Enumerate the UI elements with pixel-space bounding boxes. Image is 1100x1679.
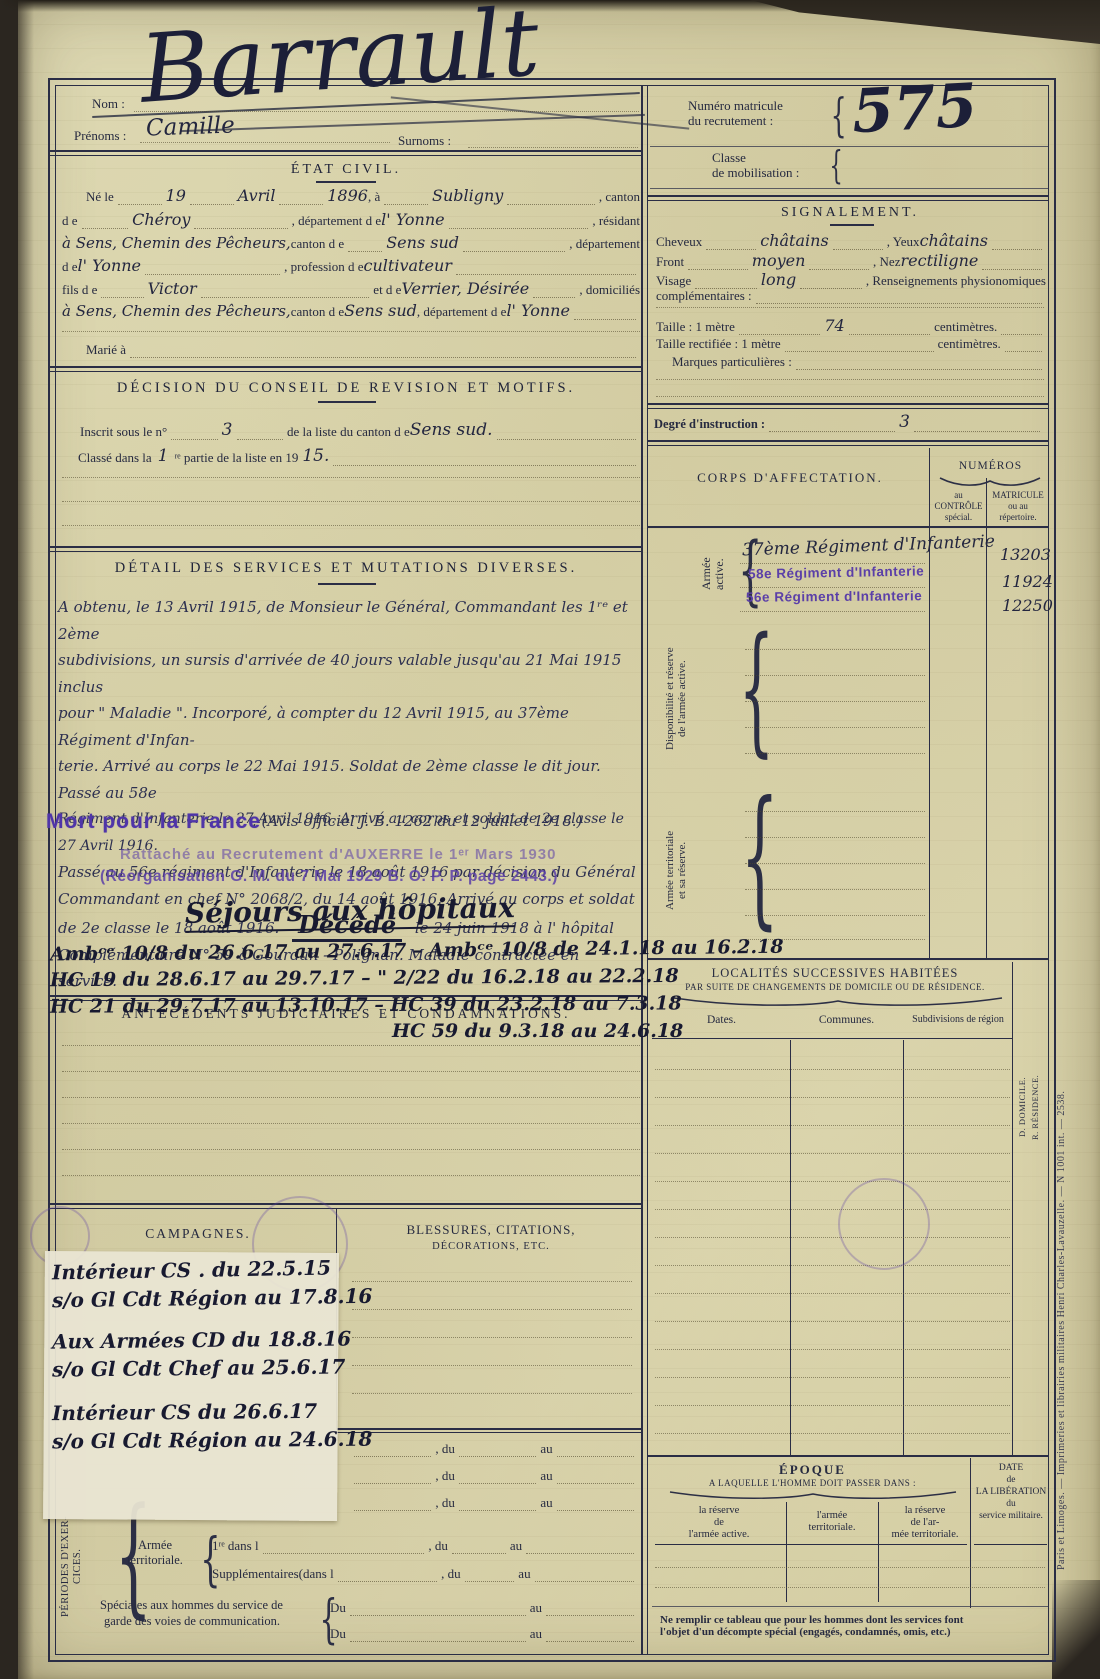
territoriale-row-2: Supplémentaires (dans l , du au — [212, 1566, 638, 1582]
renseignements-label: , Renseignements physionomiques — [866, 273, 1046, 289]
section-divider — [648, 440, 1049, 446]
dotted-leader — [557, 1482, 634, 1484]
de-label: d e — [62, 213, 78, 229]
blank-rule — [62, 1122, 640, 1124]
section-divider — [648, 195, 1049, 201]
note-line2: l'objet d'un décompte spécial (engagés, … — [660, 1626, 1046, 1638]
yeux-label: , Yeux — [887, 234, 920, 250]
etat-civil-title: ÉTAT CIVIL. — [60, 162, 632, 178]
nom-label: Nom : — [92, 96, 125, 112]
dotted-leader — [456, 273, 636, 275]
section-divider — [648, 403, 1049, 409]
visage-label: Visage — [656, 273, 691, 289]
etat-civil-row2: d e Chéroy , département d e l' Yonne , … — [62, 210, 640, 229]
blank-rule — [655, 1348, 1010, 1350]
corps-affectation-title: CORPS D'AFFECTATION. — [650, 470, 930, 486]
matricule-2: 11924 — [1002, 572, 1053, 591]
blank-rule — [655, 1180, 1010, 1182]
section-divider — [50, 150, 642, 156]
dotted-leader — [350, 1640, 526, 1642]
hopitaux-line-2: HC 19 du 28.6.17 au 29.7.17 – " 2/22 du … — [50, 965, 710, 992]
territoriale-row-1: 1ʳᵉ dans l , du au — [212, 1538, 638, 1554]
dotted-leader — [463, 250, 565, 252]
dotted-leader — [833, 248, 883, 250]
note-line1: Ne remplir ce tableau que pour les homme… — [660, 1614, 1046, 1626]
taille-rectifiee-label: Taille rectifiée : 1 mètre — [656, 336, 781, 352]
au-label: au — [540, 1495, 552, 1511]
hopitaux-line-3: HC 21 du 29.7.17 au 13.10.17 – HC 39 du … — [50, 992, 710, 1017]
blank-rule — [656, 395, 1044, 397]
campagne-entry3-line2: s/o Gl Cdt Région au 24.6.18 — [52, 1427, 373, 1454]
residence-value: à Sens, Chemin des Pêcheurs, — [62, 234, 291, 252]
numero-matricule-label: Numéro matricule du recrutement : — [688, 98, 783, 128]
dotted-leader — [574, 318, 636, 320]
campagne-entry3-line1: Intérieur CS du 26.6.17 — [52, 1399, 317, 1425]
matricule-3: 12250 — [1002, 596, 1053, 615]
matricule-row-line — [650, 146, 1048, 147]
ne-le-label: Né le — [86, 189, 114, 205]
date-liberation-header: DATE de LA LIBÉRATION du service militai… — [972, 1462, 1050, 1522]
dotted-leader — [449, 227, 589, 229]
marques-row: Marques particulières : — [672, 354, 1046, 370]
dotted-leader — [384, 203, 428, 205]
etat-civil-row1: Né le 19 Avril 1896 , à Subligny , canto… — [86, 186, 640, 205]
blank-rule — [655, 1566, 1045, 1568]
localites-header-rule — [652, 1038, 1012, 1039]
blank-rule — [745, 914, 925, 916]
decision-title: DÉCISION DU CONSEIL DE REVISION ET MOTIF… — [60, 380, 632, 397]
blank-rule — [62, 1148, 640, 1150]
marie-label: Marié à — [86, 342, 126, 358]
au-label: au — [530, 1600, 542, 1616]
birth-year: 1896 — [327, 186, 368, 205]
blank-rule — [655, 1404, 1010, 1406]
dotted-leader — [333, 464, 636, 466]
epoque-subtitle: A LAQUELLE L'HOMME DOIT PASSER DANS : — [655, 1478, 970, 1488]
dotted-leader — [263, 1552, 425, 1554]
blank-rule — [655, 1096, 1010, 1098]
campagne-entry1-line1: Intérieur CS . du 22.5.15 — [52, 1256, 331, 1285]
dotted-leader — [497, 438, 637, 440]
blank-rule — [745, 674, 925, 676]
dotted-leader — [992, 248, 1042, 250]
services-underline — [318, 583, 376, 585]
dotted-leader — [465, 1580, 515, 1582]
marie-row: Marié à — [86, 342, 640, 358]
premiere-dans-label: 1ʳᵉ dans l — [212, 1538, 259, 1554]
blank-rule — [352, 1364, 632, 1366]
classe-liste-suite: ʳᵉ partie de la liste en 19 — [174, 450, 298, 466]
nez-value: rectiligne — [900, 251, 978, 270]
taille-rectifiee-row: Taille rectifiée : 1 mètre centimètres. — [656, 336, 1046, 352]
domicilies-suffix: , domiciliés — [579, 282, 640, 298]
speciales-row-2: Du au — [330, 1626, 638, 1642]
centimetres-label: centimètres. — [934, 319, 997, 335]
canton-liste-value: Sens sud. — [410, 420, 493, 440]
dotted-leader — [526, 1552, 634, 1554]
surnoms-label: Surnoms : — [398, 133, 451, 149]
prenoms-field-line — [140, 141, 390, 143]
dotted-leader — [769, 430, 895, 432]
departement2-suffix: , département — [569, 236, 640, 252]
sejours-hopitaux-title: Séjours aux hôpitaux — [185, 891, 515, 933]
campagne-entry2-line2: s/o Gl Cdt Chef au 25.6.17 — [52, 1354, 346, 1381]
profession-label: , profession d e — [284, 259, 363, 275]
blank-rule — [62, 524, 640, 526]
decision-underline — [318, 401, 376, 403]
controle-col-header: au CONTRÔLE spécial. — [930, 490, 987, 523]
canton2-value: Sens sud — [386, 233, 459, 252]
disponibilite-label: Disponibilité et réserve de l'armée acti… — [664, 625, 688, 773]
etat-civil-row5: fils d e Victor et d e Verrier, Désirée … — [62, 279, 640, 298]
dotted-leader — [194, 227, 287, 229]
reorganisation-stamp: (Réorganisation G. M. du 7 Mai 1929 B. O… — [100, 868, 558, 886]
scanned-military-record: { "header": { "nom_label": "Nom :", "nam… — [0, 0, 1100, 1679]
blank-rule — [655, 1152, 1010, 1154]
matricule-1: 13203 — [1000, 545, 1051, 564]
signalement-underline — [830, 224, 874, 226]
section-divider — [50, 366, 642, 372]
dotted-leader — [118, 203, 162, 205]
blank-rule — [352, 1392, 632, 1394]
du-label: , du — [435, 1441, 455, 1457]
et-de-label: et d e — [373, 282, 401, 298]
blank-rule — [745, 752, 925, 754]
front-row: Front moyen , Nez rectiligne — [656, 251, 1046, 270]
date-header-rule — [974, 1544, 1047, 1545]
epoque-brace — [668, 1490, 958, 1501]
liste-label: de la liste du canton d e — [287, 424, 410, 440]
campagne-entry1-line2: s/o Gl Cdt Région au 17.8.16 — [52, 1284, 373, 1312]
canton3-label: canton d e — [291, 304, 344, 320]
etat-civil-row4: d e l' Yonne , profession d e cultivateu… — [62, 256, 640, 275]
avis-officiel-note: . (Avis officiel J. B. 1262 du 12 juille… — [252, 812, 582, 830]
speciales-label-line2: garde des voies de communication. — [104, 1614, 280, 1629]
cheveux-label: Cheveux — [656, 234, 702, 250]
blank-rule — [62, 1044, 640, 1046]
blank-r — [62, 1070, 640, 1072]
note-separator — [652, 1606, 1048, 1607]
blank-rule — [352, 1336, 632, 1338]
blank-rule — [62, 1174, 640, 1176]
dotted-leader — [546, 1640, 634, 1642]
dotted-leader — [171, 438, 218, 440]
brace-classe: { — [829, 146, 842, 184]
du-cap-label: Du — [330, 1600, 346, 1616]
table-vline — [929, 448, 930, 960]
blank-rule — [655, 1292, 1010, 1294]
birth-month: Avril — [238, 186, 276, 205]
matricule-col-header: MATRICULE ou au répertoire. — [987, 490, 1049, 523]
canton-value: Chéroy — [132, 210, 190, 229]
etat-civil-underline — [316, 181, 376, 183]
departement-label: , département d e — [292, 213, 382, 229]
dotted-leader — [507, 203, 595, 205]
dotted-leader — [785, 350, 934, 352]
dotted-leader — [706, 248, 756, 250]
surnoms-field-line — [468, 146, 638, 148]
section-divider — [50, 1203, 642, 1209]
blank-rule — [655, 1586, 1045, 1588]
au-label: au — [540, 1468, 552, 1484]
hopitaux-line-4: HC 59 du 9.3.18 au 24.6.18 — [392, 1020, 683, 1042]
brace-territoriale: { — [741, 782, 779, 932]
du-label: , du — [435, 1495, 455, 1511]
complementaires-label: complémentaires : — [656, 288, 752, 304]
dotted-leader — [130, 356, 636, 358]
localites-brace — [672, 996, 1004, 1008]
father-name: Victor — [148, 279, 197, 298]
dotted-leader — [237, 438, 284, 440]
numeros-brace — [938, 476, 1042, 488]
photo-edge-bottom-right — [1052, 1580, 1100, 1679]
visage-value: long — [761, 270, 796, 289]
numero-matricule-value: 575 — [850, 71, 979, 147]
annee-value: 15. — [302, 446, 329, 466]
supplementaires-label: Supplémentaires — [212, 1566, 299, 1582]
departement3-value: l' Yonne — [506, 301, 569, 320]
signalement-title: SIGNALEMENT. — [650, 205, 1050, 221]
a-label: , à — [368, 189, 380, 205]
au-label: au — [530, 1626, 542, 1642]
blank-rule — [655, 1376, 1010, 1378]
au-label: au — [518, 1566, 530, 1582]
printer-imprint: Paris et Limoges. — Imprimeries et libra… — [1056, 830, 1067, 1570]
blank-rule — [745, 810, 925, 812]
degre-instruction-label: Degré d'instruction : — [654, 417, 765, 432]
du-label: , du — [441, 1566, 461, 1582]
departement3-label: , département d e — [417, 304, 507, 320]
dotted-leader — [914, 430, 1040, 432]
brace-disponibilite: { — [739, 620, 775, 760]
services-line: pour " Maladie ". Incorporé, à compter d… — [58, 700, 640, 753]
parents-residence: à Sens, Chemin des Pêcheurs, — [62, 302, 291, 320]
regiment-2-stamp: 58e Régiment d'Infanterie — [748, 563, 925, 581]
corps-header-rule — [648, 526, 1049, 528]
visage-row: Visage long , Renseignements physionomiq… — [656, 270, 1046, 289]
blank-rule — [655, 1124, 1010, 1126]
dotted-leader — [459, 1509, 536, 1511]
epoque-top-rule — [648, 1455, 1049, 1457]
epoque-col1-header: la réserve de l'armée active. — [655, 1505, 783, 1541]
dotted-leader — [546, 1614, 634, 1616]
dotted-leader — [190, 203, 234, 205]
dotted-leader — [459, 1482, 536, 1484]
inscrit-numero: 3 — [222, 420, 233, 440]
de2-label: d e — [62, 259, 78, 275]
dotted-leader — [533, 296, 575, 298]
inscrit-row: Inscrit sous le n° 3 de la liste du cant… — [80, 420, 640, 440]
blank-rule — [745, 862, 925, 864]
armee-territoriale-bottom-label: Armée territoriale. — [118, 1538, 192, 1568]
dotted-leader — [849, 333, 930, 335]
epoque-note: Ne remplir ce tableau que pour les homme… — [660, 1614, 1046, 1638]
blank-rule — [745, 836, 925, 838]
prenoms-label: Prénoms : — [74, 128, 126, 144]
epoque-col2-header: l'armée territoriale. — [788, 1510, 876, 1534]
degre-instruction-value: 3 — [899, 412, 910, 432]
blank-rule — [655, 1320, 1010, 1322]
dotted-leader — [1005, 350, 1042, 352]
brace-numero: { — [831, 92, 847, 138]
dotted-leader — [1001, 333, 1042, 335]
classe-liste-row: Classé dans la 1 ʳᵉ partie de la liste e… — [78, 446, 640, 466]
residant-suffix: , résidant — [592, 213, 640, 229]
birth-place: Subligny — [432, 186, 503, 205]
epoque-header-rule — [655, 1544, 967, 1545]
table-vline — [790, 1040, 791, 1455]
dotted-leader — [145, 273, 280, 275]
blank-rule — [745, 726, 925, 728]
blank-rule — [655, 1068, 1010, 1070]
dotted-leader — [348, 250, 382, 252]
birth-day: 19 — [166, 186, 186, 205]
blank-rule — [62, 476, 640, 478]
dotted-leader — [338, 1580, 437, 1582]
dotted-leader — [756, 302, 1042, 304]
nez-label: , Nez — [873, 254, 900, 270]
speciales-label-line1: Spéciales aux hommes du service de — [100, 1598, 283, 1613]
blessures-title-line2: DÉCORATIONS, ETC. — [346, 1241, 636, 1252]
cheveux-row: Cheveux châtains , Yeux châtains — [656, 231, 1046, 250]
front-value: moyen — [752, 251, 806, 270]
circular-stamp — [838, 1178, 930, 1270]
blank-rule — [745, 700, 925, 702]
partie-value: 1 — [158, 446, 169, 466]
taille-row: Taille : 1 mètre 74 centimètres. — [656, 316, 1046, 335]
blessures-title-line1: BLESSURES, CITATIONS, — [346, 1222, 636, 1238]
canton-suffix: , canton — [599, 189, 640, 205]
blank-rule — [655, 1432, 1010, 1434]
au-label: au — [540, 1441, 552, 1457]
dotted-leader — [535, 1580, 634, 1582]
du-label: , du — [428, 1538, 448, 1554]
inscrit-label: Inscrit sous le n° — [80, 424, 167, 440]
du-label: , du — [435, 1468, 455, 1484]
mort-pour-la-france-stamp: Mort pour la France — [46, 810, 261, 834]
etat-civil-row3: à Sens, Chemin des Pêcheurs, canton d e … — [62, 233, 640, 252]
blank-rule — [656, 306, 1044, 308]
services-line: subdivisions, un sursis d'arrivée de 40 … — [58, 647, 640, 700]
front-label: Front — [656, 254, 684, 270]
dotted-leader — [354, 1509, 431, 1511]
classe-mobilisation-label: Classe de mobilisation : — [712, 150, 799, 180]
dotted-leader — [354, 1482, 431, 1484]
section-divider — [50, 546, 642, 552]
blank-rule — [656, 378, 1044, 380]
prenoms-handwritten: Camille — [146, 112, 236, 141]
taille-label: Taille : 1 mètre — [656, 319, 735, 335]
blank-rule — [62, 330, 640, 332]
classe-liste-label: Classé dans la — [78, 450, 152, 466]
dotted-leader — [279, 203, 323, 205]
du-cap-label: Du — [330, 1626, 346, 1642]
blessures-bottom-rule — [336, 1428, 642, 1433]
photo-edge-left — [0, 0, 34, 1679]
services-line: terie. Arrivé au corps le 22 Mai 1915. S… — [58, 753, 640, 806]
centimetres2-label: centimètres. — [938, 336, 1001, 352]
canton3-value: Sens sud — [344, 301, 417, 320]
dotted-leader — [82, 227, 129, 229]
services-paragraph: A obtenu, le 13 Avril 1915, de Monsieur … — [58, 594, 640, 995]
localites-col-subdivisions: Subdivisions de région — [905, 1014, 1011, 1025]
degre-instruction-row: Degré d'instruction : 3 — [654, 412, 1044, 432]
mother-name: Verrier, Désirée — [401, 279, 529, 298]
epoque-col3-header: la réserve de l'ar- mée territoriale. — [880, 1505, 970, 1541]
dotted-leader — [201, 296, 370, 298]
rattache-auxerre-stamp: Rattaché au Recrutement d'AUXERRE le 1ᵉʳ… — [120, 846, 556, 863]
blank-rule — [745, 888, 925, 890]
periode-row: , du au — [350, 1468, 638, 1484]
blank-rule — [655, 1208, 1010, 1210]
blank-rule — [352, 1308, 632, 1310]
canton2-label: canton d e — [291, 236, 344, 252]
complementaires-row: complémentaires : — [656, 288, 1046, 304]
yeux-value: châtains — [920, 231, 988, 250]
epoque-title: ÉPOQUE — [655, 1462, 970, 1478]
etat-civil-row6: à Sens, Chemin des Pêcheurs, canton d e … — [62, 301, 640, 320]
dotted-leader — [350, 1614, 526, 1616]
armee-active-label: Armée active. — [700, 538, 726, 610]
profession-value: cultivateur — [364, 256, 452, 275]
dotted-leader — [796, 368, 1042, 370]
fils-de-label: fils d e — [62, 282, 97, 298]
services-line: A obtenu, le 13 Avril 1915, de Monsieur … — [58, 594, 640, 647]
localites-col-communes: Communes. — [792, 1014, 901, 1026]
table-vline — [1012, 962, 1014, 1455]
dotted-leader — [557, 1509, 634, 1511]
au-label: au — [510, 1538, 522, 1554]
regiment-3-stamp: 56e Régiment d'Infanterie — [746, 588, 922, 605]
dotted-leader — [354, 1455, 431, 1457]
classe-row-line — [650, 188, 1048, 189]
periode-row: , du au — [350, 1495, 638, 1511]
marques-label: Marques particulières : — [672, 354, 792, 370]
cheveux-value: châtains — [760, 231, 828, 250]
blank-rule — [352, 1280, 632, 1282]
dans-paren-label: (dans l — [299, 1566, 334, 1582]
blank-rule — [655, 1236, 1010, 1238]
main-column-divider — [641, 85, 648, 1655]
departement-value: l' Yonne — [381, 210, 444, 229]
blank-rule — [745, 648, 925, 650]
blank-rule — [62, 1096, 640, 1098]
blank-rule — [62, 500, 640, 502]
dotted-leader — [557, 1455, 634, 1457]
domicile-residence-label: D. DOMICILE. R. RÉSIDENCE. — [1016, 1042, 1042, 1172]
campagne-entry2-line1: Aux Armées CD du 18.8.16 — [52, 1326, 351, 1353]
dotted-leader — [739, 333, 820, 335]
taille-value: 74 — [824, 316, 844, 335]
periode-row: , du au — [350, 1441, 638, 1457]
numeros-header: NUMÉROS — [932, 460, 1049, 472]
departement2-value: l' Yonne — [78, 256, 141, 275]
speciales-row-1: Du au — [330, 1600, 638, 1616]
armee-territoriale-label: Armée territoriale et sa réserve. — [664, 790, 688, 950]
services-title: DÉTAIL DES SERVICES ET MUTATIONS DIVERSE… — [60, 560, 632, 577]
blank-rule — [655, 1264, 1010, 1266]
dotted-leader — [452, 1552, 506, 1554]
dotted-leader — [101, 296, 143, 298]
dotted-leader — [459, 1455, 536, 1457]
